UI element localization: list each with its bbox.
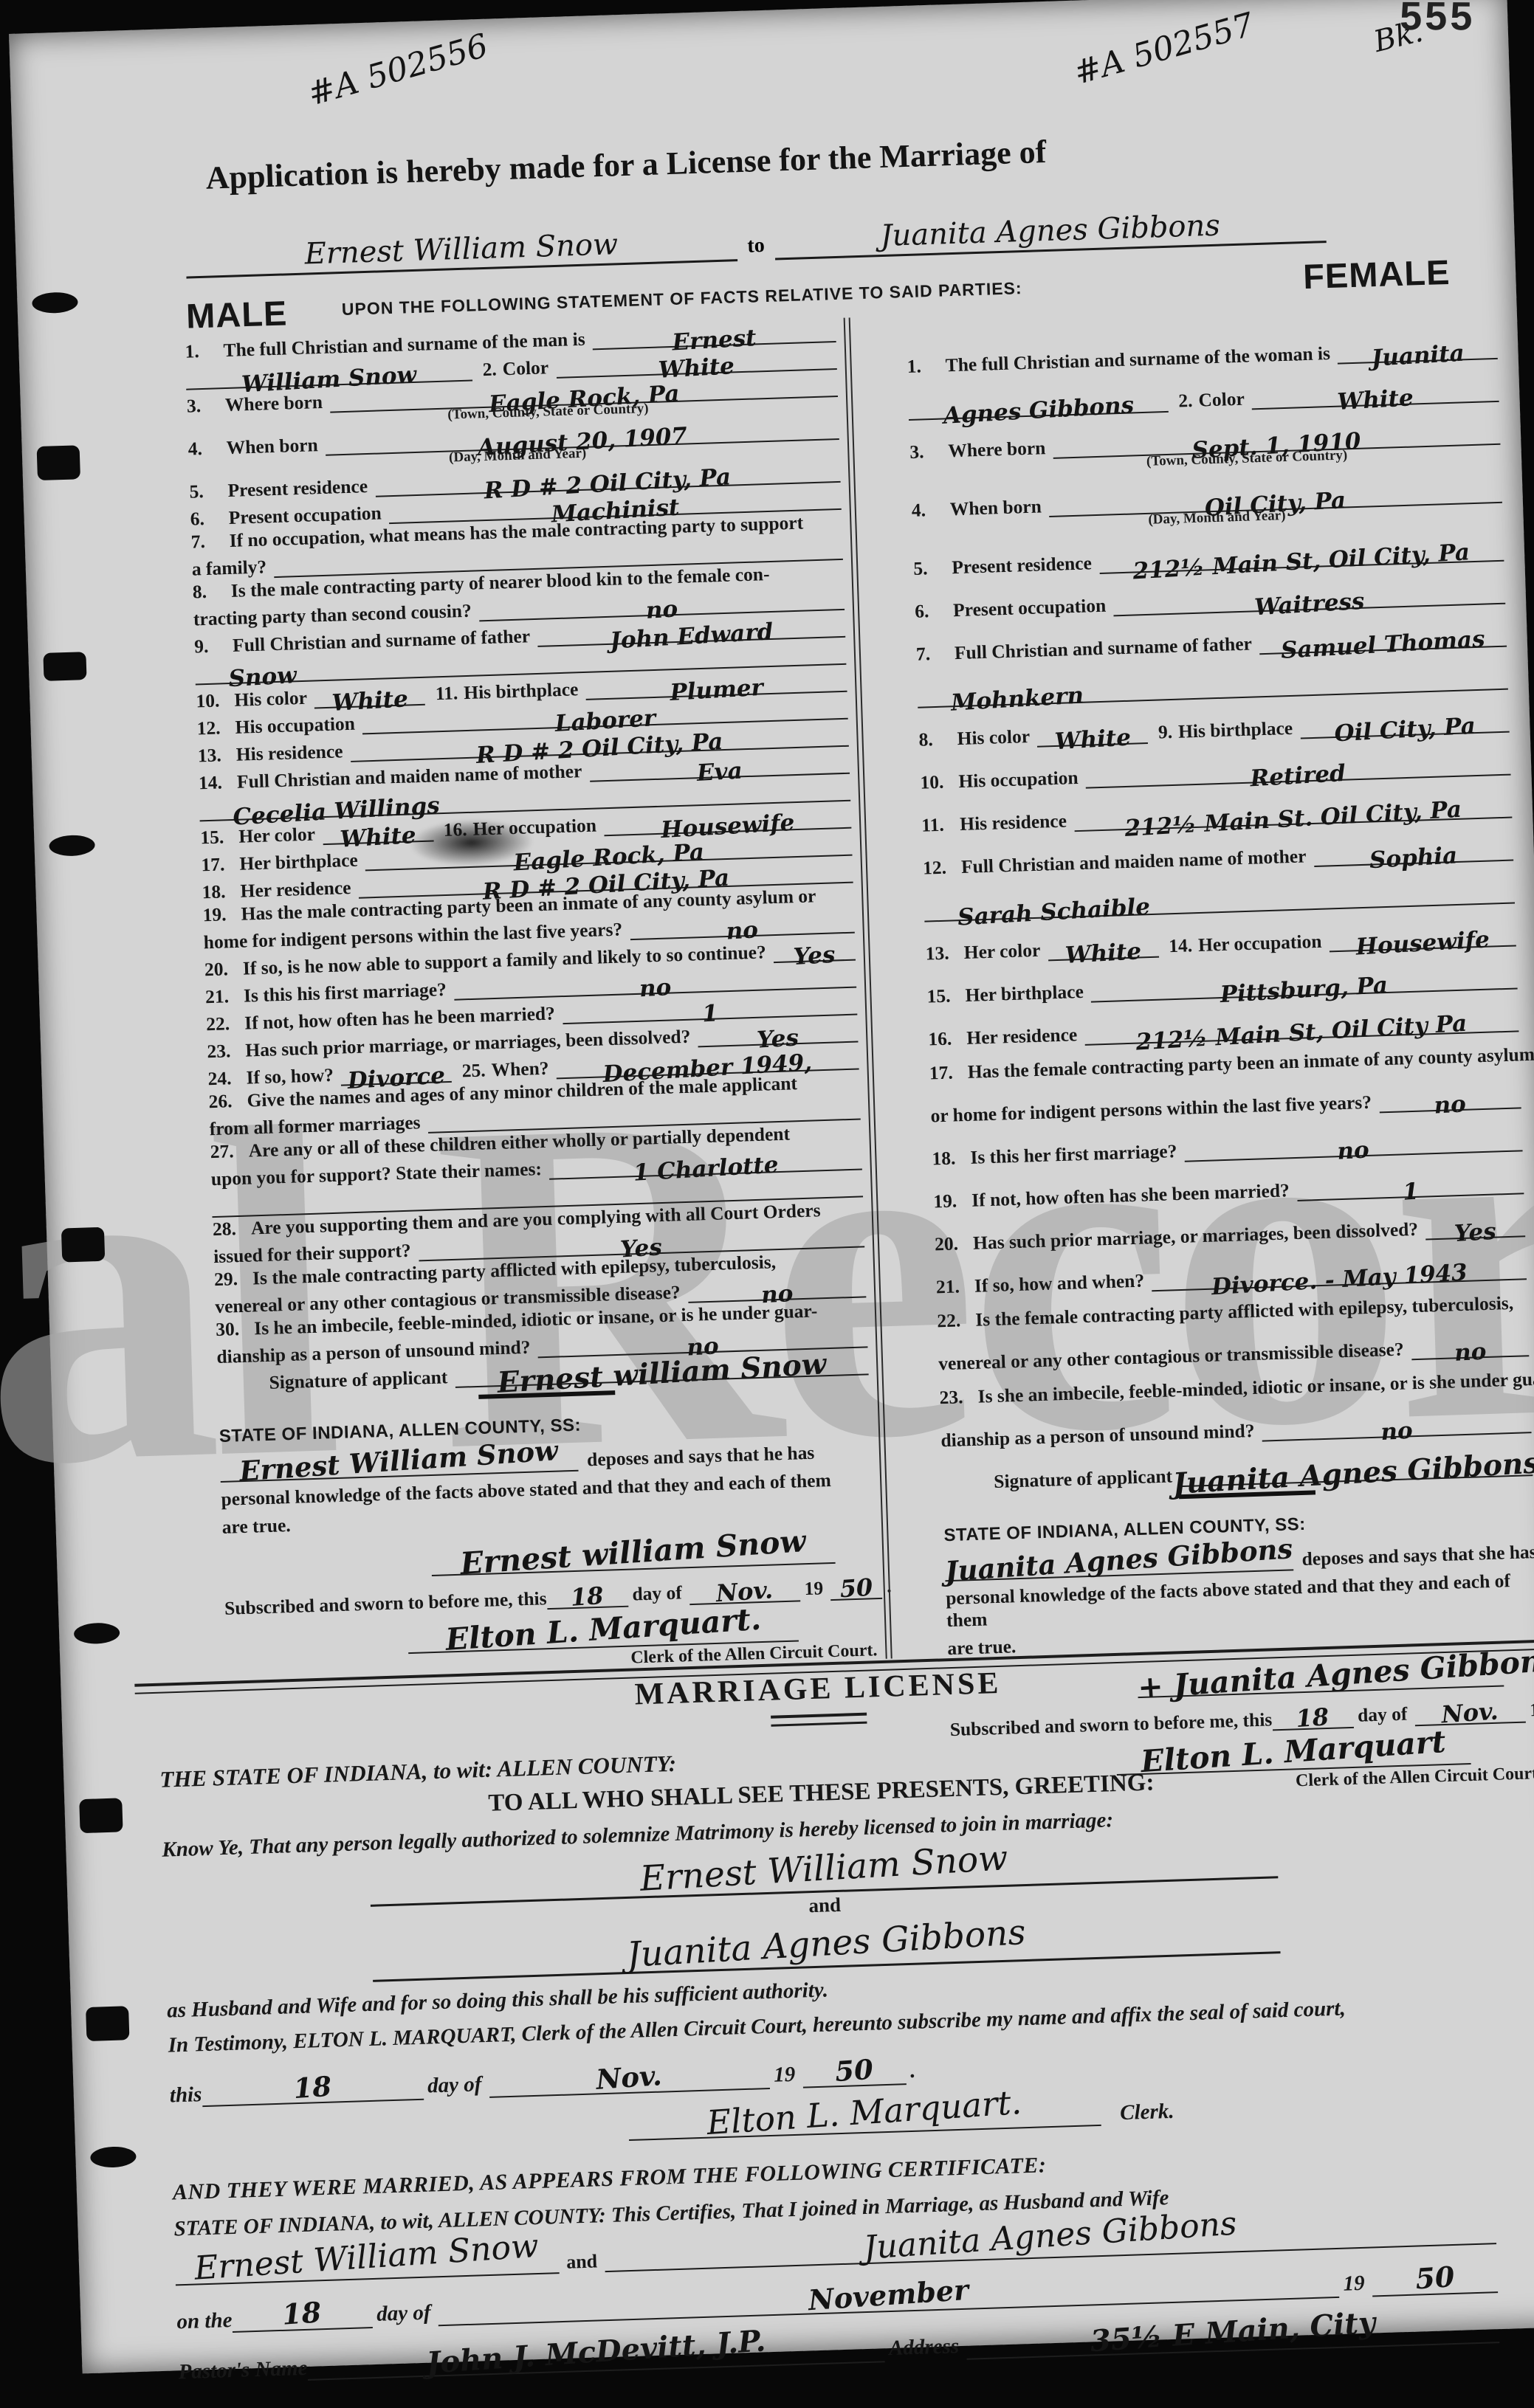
marriage-year-handwriting: 50 <box>1414 2266 1455 2291</box>
question-number: 27. <box>210 1140 249 1164</box>
marriage-license-section: MARRIAGE LICENSE THE STATE OF INDIANA, t… <box>157 1651 1500 2385</box>
question-label: Signature of applicant <box>269 1366 455 1394</box>
question-number: 30. <box>216 1317 255 1341</box>
question-number: 11. <box>424 682 464 706</box>
answer-handwriting: Oil City, Pa <box>1205 491 1346 518</box>
certificate-groom-line: Ernest William Snow <box>174 2232 560 2285</box>
question-label: Her color <box>963 939 1048 964</box>
marriage-month-handwriting: November <box>808 2279 969 2312</box>
sworn-month-handwriting: Nov. <box>715 1581 774 1604</box>
pastor-address-handwriting: 35½ E Main, City <box>1090 2311 1376 2354</box>
question-number: 16. <box>433 818 473 842</box>
question-number: 8. <box>192 580 231 604</box>
answer-line: White <box>1048 931 1159 962</box>
question-number: 20. <box>935 1232 974 1256</box>
answer-line: White <box>314 679 425 709</box>
punch-hole <box>32 291 78 314</box>
question-number: 9. <box>1147 721 1178 744</box>
clerk-signature-handwriting: Elton L. Marquart. <box>706 2089 1023 2136</box>
answer-line: White <box>1036 717 1148 748</box>
question-number: 21. <box>935 1275 974 1299</box>
question-label: When born <box>949 495 1049 520</box>
question-label: a family? <box>191 556 274 580</box>
question-label: Signature of applicant <box>994 1465 1180 1493</box>
day-of-label: day of <box>372 2300 438 2328</box>
answer-line: no <box>1411 1330 1529 1360</box>
punch-hole <box>49 835 95 857</box>
answer-handwriting: Juanita Agnes Gibbons <box>1172 1452 1534 1496</box>
year-prefix: 19 <box>1525 1698 1534 1722</box>
document-page: al Record #A 502556 #A 502557 Bk. 555 Ap… <box>9 0 1534 2373</box>
question-number: 2. <box>1168 390 1199 413</box>
punch-hole <box>74 1622 120 1644</box>
question-number: 1. <box>907 354 946 378</box>
question-number: 15. <box>200 826 239 849</box>
answer-line: Juanita Agnes Gibbons <box>1179 1449 1533 1487</box>
day-of-label: day of <box>423 2072 489 2100</box>
question-label: His residence <box>960 810 1075 835</box>
question-label: Color <box>1198 387 1252 411</box>
question-number: 6. <box>190 507 229 531</box>
question-number: 14. <box>1158 934 1199 958</box>
heading-rule <box>771 1713 867 1727</box>
license-month-handwriting: Nov. <box>596 2065 663 2091</box>
deponent-name-line: Juanita Agnes Gibbons <box>944 1539 1293 1581</box>
serial-number-right: #A 502557 <box>1070 6 1258 92</box>
female-questions: 1.The full Christian and surname of the … <box>906 317 1533 1506</box>
deponent-handwriting: Ernest William Snow <box>239 1440 559 1483</box>
question-label: His color <box>234 686 314 711</box>
marriage-day-handwriting: 18 <box>282 2301 323 2326</box>
deponent-name-line: Ernest William Snow <box>219 1441 578 1483</box>
application-title: Application is hereby made for a License… <box>72 128 1180 201</box>
bride-name-handwriting: Juanita Agnes Gibbons <box>774 205 1327 260</box>
license-year-handwriting: 50 <box>834 2059 873 2083</box>
question-number: 24. <box>207 1067 247 1091</box>
question-label: Where born <box>948 437 1053 462</box>
question-label: Color <box>502 356 556 380</box>
pastor-name-line: John J. McDevitt, J.P. <box>306 2327 884 2381</box>
question-number: 23. <box>207 1040 246 1063</box>
question-number: 22. <box>206 1012 245 1036</box>
question-number: 2. <box>472 358 503 381</box>
question-number: 10. <box>920 770 959 794</box>
question-number: 13. <box>197 744 236 767</box>
question-number: 13. <box>925 942 964 965</box>
day-of-label: day of <box>627 1581 689 1607</box>
question-label: If so, how? <box>246 1064 341 1089</box>
question-number: 29. <box>214 1267 253 1291</box>
male-affidavit: STATE OF INDIANA, ALLEN COUNTY, SS: Erne… <box>219 1406 877 1681</box>
clerk-signature-line: Elton L. Marquart. <box>627 2086 1101 2141</box>
license-month-line: Nov. <box>489 2058 770 2098</box>
statement-of-facts-line: UPON THE FOLLOWING STATEMENT OF FACTS RE… <box>128 272 1236 326</box>
question-number: 19. <box>202 903 241 927</box>
scan-background: al Record #A 502556 #A 502557 Bk. 555 Ap… <box>0 0 1534 2408</box>
serial-number-left: #A 502556 <box>304 27 492 113</box>
marriage-day-line: 18 <box>232 2296 373 2333</box>
question-label: When born <box>226 434 326 459</box>
question-number: 7. <box>190 530 230 553</box>
question-label: His residence <box>235 740 351 766</box>
punch-hole <box>90 2146 137 2168</box>
question-number: 16. <box>928 1027 967 1051</box>
question-number: 19. <box>933 1190 972 1213</box>
punch-hole <box>37 445 80 480</box>
question-label: Where born <box>224 391 330 416</box>
question-number: 4. <box>188 437 227 460</box>
answer-line: Divorce <box>340 1056 452 1086</box>
male-column-heading: MALE <box>185 292 288 336</box>
affidavit-signature-line: Ernest william Snow <box>431 1530 836 1576</box>
question-number: 4. <box>911 498 950 522</box>
license-bride-handwriting: Juanita Agnes Gibbons <box>626 1919 1026 1970</box>
question-label: His color <box>957 725 1037 750</box>
sworn-day-handwriting: 18 <box>570 1587 604 1607</box>
question-number: 21. <box>205 985 244 1009</box>
answer-line: Yes <box>1425 1210 1525 1240</box>
groom-name-handwriting: Ernest William Snow <box>185 224 737 278</box>
question-number: 17. <box>201 853 240 877</box>
deponent-handwriting: Juanita Agnes Gibbons <box>944 1538 1293 1583</box>
deposes-text: deposes and says that she has <box>1293 1541 1534 1570</box>
deposes-text: deposes and says that he has <box>578 1442 815 1472</box>
punch-hole <box>61 1227 105 1263</box>
question-number: 14. <box>199 771 238 795</box>
pastor-name-label: Pastor's Name <box>178 2356 308 2384</box>
and-label: and <box>559 2250 605 2274</box>
sworn-day-line: 18 <box>546 1582 628 1610</box>
question-label: When? <box>491 1057 557 1081</box>
certificate-groom-handwriting: Ernest William Snow <box>194 2233 540 2282</box>
license-groom-handwriting: Ernest William Snow <box>639 1844 1008 1893</box>
question-number: 7. <box>916 642 955 666</box>
answer-line: no <box>1378 1082 1521 1113</box>
address-label: Address <box>884 2334 967 2362</box>
question-number: 18. <box>932 1147 971 1170</box>
marriage-year-line: 50 <box>1372 2260 1498 2297</box>
question-number: 9. <box>194 635 233 658</box>
answer-line: Yes <box>773 934 856 963</box>
question-number: 25. <box>451 1059 492 1083</box>
license-day-handwriting: 18 <box>292 2076 331 2100</box>
question-number: 6. <box>915 599 954 623</box>
question-number: 18. <box>202 880 241 904</box>
on-the-label: on the <box>176 2308 233 2334</box>
question-number: 8. <box>918 728 957 751</box>
question-number: 15. <box>926 984 966 1008</box>
applicant-names-row: Ernest William Snow to Juanita Agnes Gib… <box>185 205 1327 279</box>
female-column: 1.The full Christian and surname of the … <box>906 317 1534 1802</box>
punch-hole <box>43 652 86 681</box>
period: . <box>906 2058 924 2085</box>
page-number-stamp: 555 <box>1400 0 1475 39</box>
question-number: 23. <box>939 1386 978 1410</box>
answer-handwriting: Ernest william Snow <box>497 1353 827 1395</box>
male-column: 1.The full Christian and surname of the … <box>185 315 878 1681</box>
question-number: 12. <box>923 856 962 880</box>
clerk-label: Clerk. <box>1101 2100 1174 2126</box>
question-number: 22. <box>937 1309 976 1333</box>
pastor-name-handwriting: John J. McDevitt, J.P. <box>425 2329 766 2375</box>
question-number: 3. <box>187 394 226 418</box>
license-year-line: 50 <box>802 2054 906 2088</box>
this-label: this <box>169 2083 202 2108</box>
question-number: 20. <box>204 958 243 982</box>
question-number: 3. <box>909 440 949 463</box>
license-day-line: 18 <box>202 2069 424 2107</box>
question-number: 5. <box>189 480 228 503</box>
male-questions: 1.The full Christian and surname of the … <box>185 315 869 1407</box>
sworn-month-line: Nov. <box>689 1576 800 1605</box>
question-label: Her color <box>238 823 323 848</box>
question-number: 5. <box>913 556 952 580</box>
punch-hole <box>79 1798 123 1833</box>
question-number: 12. <box>196 717 235 740</box>
female-column-heading: FEMALE <box>1302 252 1451 297</box>
to-label: to <box>737 234 775 262</box>
question-number: 10. <box>196 689 235 713</box>
answer-line: White <box>322 815 433 845</box>
question-number: 11. <box>921 813 960 837</box>
question-number: 1. <box>185 339 224 363</box>
pastor-address-line: 35½ E Main, City <box>966 2308 1499 2360</box>
sworn-year-line: 50 <box>830 1574 883 1601</box>
question-number: 17. <box>929 1061 968 1085</box>
question-number: 28. <box>213 1218 252 1241</box>
question-number: 26. <box>208 1090 247 1114</box>
sworn-year-handwriting: 50 <box>839 1579 873 1599</box>
affidavit-signature-handwriting: Ernest william Snow <box>460 1529 807 1576</box>
year-prefix: 19 <box>799 1577 830 1601</box>
year-prefix: 19 <box>1338 2271 1372 2298</box>
year-prefix: 19 <box>769 2063 803 2089</box>
punch-hole <box>86 2006 129 2041</box>
